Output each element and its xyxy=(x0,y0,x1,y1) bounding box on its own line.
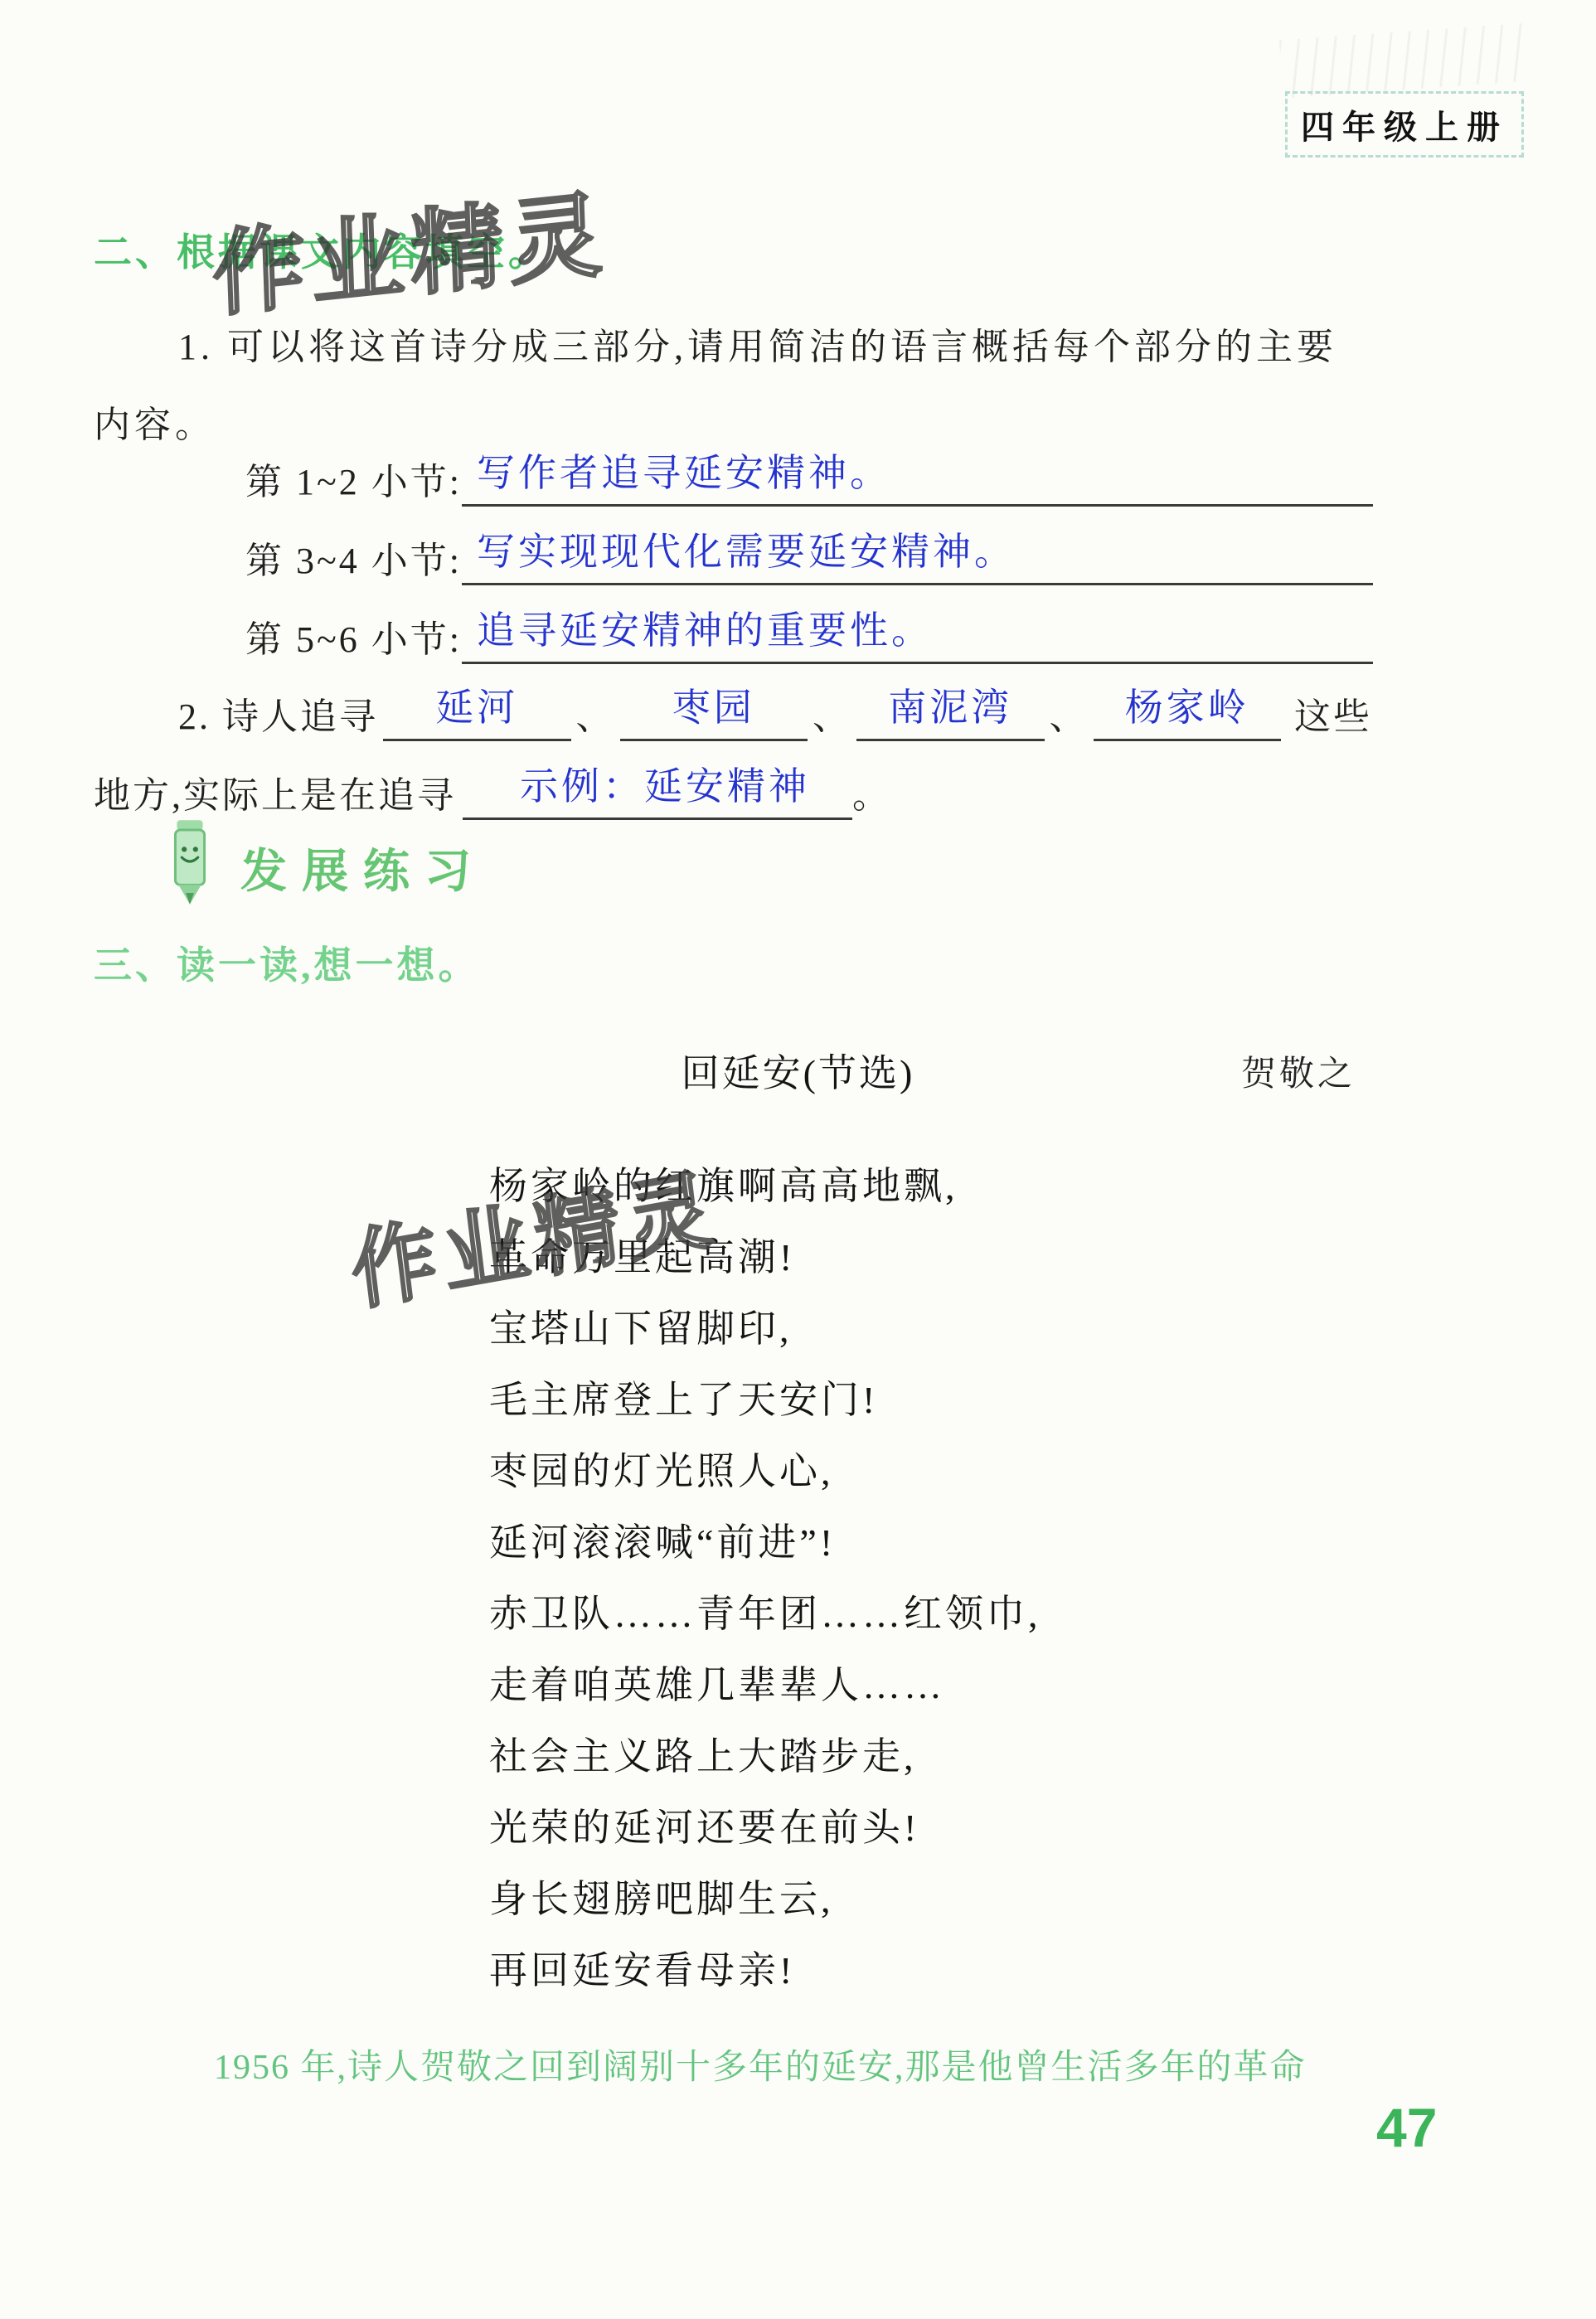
question-2-line-2-prefix: 地方,实际上是在追寻 xyxy=(94,765,456,820)
list-separator: 、 xyxy=(1050,686,1089,741)
poem-line: 枣园的灯光照人心, xyxy=(489,1436,1041,1507)
fill-row-2-blank: 写实现现代化需要延安精神。 xyxy=(462,528,1373,585)
page-number: 47 xyxy=(1376,2096,1437,2159)
grade-badge: 四年级上册 xyxy=(1285,91,1524,158)
question-2-blank-2: 枣园 xyxy=(620,684,808,741)
question-2-answer-4: 杨家岭 xyxy=(1125,677,1249,732)
question-2-answer-1: 延河 xyxy=(435,677,518,732)
fill-row-2: 第 3~4 小节: 写实现现代化需要延安精神。 xyxy=(245,531,1373,585)
fill-row-3-blank: 追寻延安精神的重要性。 xyxy=(462,607,1373,664)
poem-body: 杨家岭的红旗啊高高地飘, 革命万里起高潮! 宝塔山下留脚印, 毛主席登上了天安门… xyxy=(489,1151,1041,2006)
poem-line: 宝塔山下留脚印, xyxy=(489,1293,1041,1365)
poem-context-note: 1956 年,诗人贺敬之回到阔别十多年的延安,那是他曾生活多年的革命 xyxy=(214,2040,1408,2089)
question-2-line-2: 地方,实际上是在追寻 示例：延安精神 。 xyxy=(94,765,891,820)
workbook-page: 四年级上册 二、根据课文内容填空。 作业精灵 1. 可以将这首诗分成三部分,请用… xyxy=(0,0,1596,2319)
development-practice-banner: 发展练习 xyxy=(158,817,486,908)
development-practice-title: 发展练习 xyxy=(240,835,486,901)
poem-line: 赤卫队……青年团……红领巾, xyxy=(489,1579,1041,1650)
question-2-answer-2: 枣园 xyxy=(672,677,755,732)
list-separator: 、 xyxy=(576,686,615,741)
pencil-mascot-icon xyxy=(158,817,222,908)
fill-row-1-label: 第 1~2 小节: xyxy=(245,452,462,507)
poem-line: 延河滚滚喊“前进”! xyxy=(489,1507,1041,1579)
fill-row-1-blank: 写作者追寻延安精神。 xyxy=(462,449,1373,507)
poem-line: 革命万里起高潮! xyxy=(489,1222,1041,1293)
question-2-blank-4: 杨家岭 xyxy=(1094,684,1282,741)
question-2-answer-3: 南泥湾 xyxy=(888,677,1012,732)
poem-title: 回延安(节选) xyxy=(0,1043,1596,1098)
grade-badge-label: 四年级上册 xyxy=(1301,101,1508,148)
fill-row-1-answer: 写作者追寻延安精神。 xyxy=(462,443,891,497)
poem-line: 走着咱英雄几辈辈人…… xyxy=(489,1650,1041,1721)
question-2-suffix: 这些 xyxy=(1294,686,1372,741)
poem-line: 光荣的延河还要在前头! xyxy=(489,1793,1041,1864)
fill-row-3-label: 第 5~6 小节: xyxy=(245,609,462,664)
poem-author: 贺敬之 xyxy=(1241,1046,1356,1096)
fill-row-2-answer: 写实现现代化需要延安精神。 xyxy=(462,522,1016,576)
question-2-line-2-blank: 示例：延安精神 xyxy=(463,763,852,820)
fill-row-2-label: 第 3~4 小节: xyxy=(245,531,462,585)
fill-row-3: 第 5~6 小节: 追寻延安精神的重要性。 xyxy=(245,609,1373,664)
list-separator: 、 xyxy=(813,686,851,741)
section-3-heading: 三、读一读,想一想。 xyxy=(94,935,480,990)
question-1-line-2: 内容。 xyxy=(94,395,216,448)
poem-line: 杨家岭的红旗啊高高地飘, xyxy=(489,1151,1041,1222)
poem-line: 再回延安看母亲! xyxy=(489,1935,1041,2006)
poem-line: 身长翅膀吧脚生云, xyxy=(489,1864,1041,1935)
question-2-line-2-period: 。 xyxy=(852,765,891,820)
question-2-line-1: 2. 诗人追寻 延河 、 枣园 、 南泥湾 、 杨家岭 这些 xyxy=(178,686,1372,741)
pencil-smudge xyxy=(1279,23,1531,99)
question-2-prefix: 2. 诗人追寻 xyxy=(178,686,378,741)
fill-row-1: 第 1~2 小节: 写作者追寻延安精神。 xyxy=(245,452,1373,507)
question-2-line-2-answer: 示例：延安精神 xyxy=(505,756,810,811)
poem-line: 毛主席登上了天安门! xyxy=(489,1365,1041,1436)
section-2-heading: 二、根据课文内容填空。 xyxy=(94,222,550,277)
poem-line: 社会主义路上大踏步走, xyxy=(489,1721,1041,1793)
question-2-blank-3: 南泥湾 xyxy=(856,684,1045,741)
question-1-line-1: 1. 可以将这首诗分成三部分,请用简洁的语言概括每个部分的主要 xyxy=(178,317,1337,370)
poem-header: 回延安(节选) 贺敬之 xyxy=(0,1043,1596,1093)
fill-row-3-answer: 追寻延安精神的重要性。 xyxy=(462,600,933,655)
question-2-blank-1: 延河 xyxy=(383,684,571,741)
